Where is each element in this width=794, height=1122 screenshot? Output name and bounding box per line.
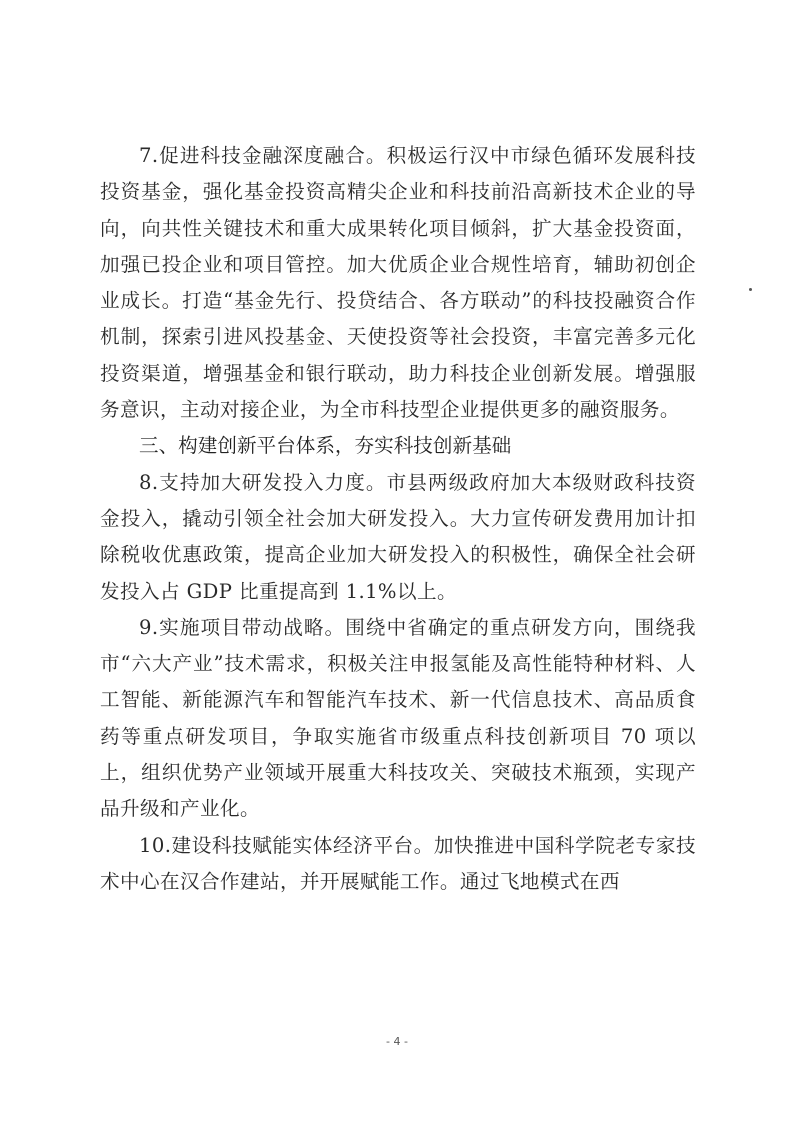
paragraph-9-project-strategy: 9.实施项目带动战略。围绕中省确定的重点研发方向，围绕我市“六大产业”技术需求，…: [100, 610, 696, 828]
paragraph-10-platform: 10.建设科技赋能实体经济平台。加快推进中国科学院老专家技术中心在汉合作建站，并…: [100, 828, 696, 901]
page-number: - 4 -: [0, 1035, 794, 1048]
document-page: 7.促进科技金融深度融合。积极运行汉中市绿色循环发展科技投资基金，强化基金投资高…: [100, 138, 696, 900]
paragraph-7-tech-finance: 7.促进科技金融深度融合。积极运行汉中市绿色循环发展科技投资基金，强化基金投资高…: [100, 138, 696, 428]
section-heading-3: 三、构建创新平台体系，夯实科技创新基础: [100, 428, 696, 464]
paragraph-8-rd-investment: 8.支持加大研发投入力度。市县两级政府加大本级财政科技资金投入，撬动引领全社会加…: [100, 465, 696, 610]
scan-speck: [749, 288, 752, 291]
